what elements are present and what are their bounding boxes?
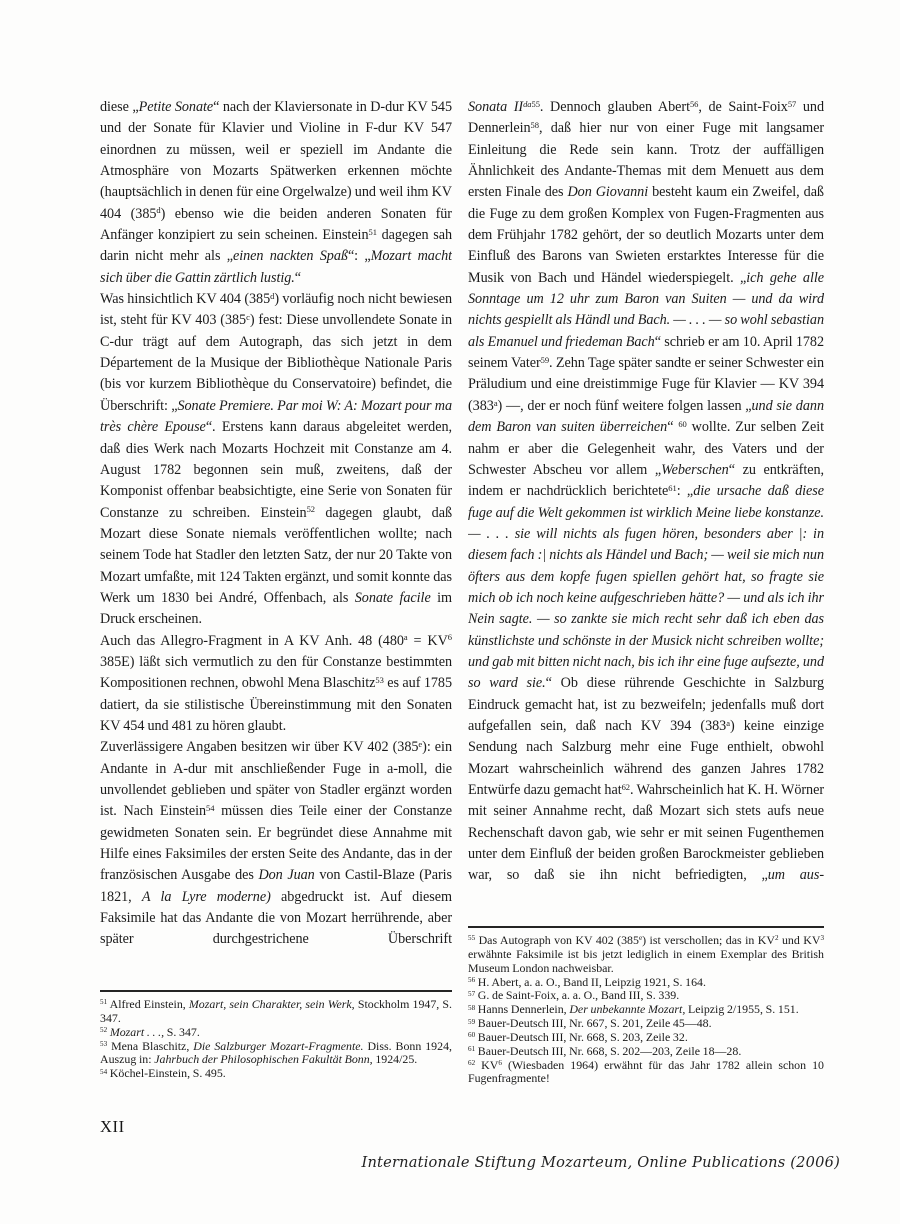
text-run: Bauer-Deutsch III, Nr. 668, S. 203, Zeil… — [475, 1030, 688, 1044]
superscript-ref: 53 — [375, 675, 383, 685]
text-run: = KV — [408, 633, 448, 649]
italic-text: Sonata II — [468, 99, 523, 115]
superscript-ref: 6 — [448, 632, 452, 642]
text-run: Hanns Dennerlein, — [475, 1002, 569, 1016]
text-run: “ nach der Klaviersonate in D-dur KV 545… — [100, 99, 452, 222]
superscript-ref: 54 — [206, 803, 214, 813]
superscript-ref: 51 — [100, 998, 107, 1006]
superscript-ref: 2 — [775, 934, 779, 942]
footnote: 62 KV6 (Wiesbaden 1964) erwähnt für das … — [468, 1059, 824, 1087]
italic-text: Die Salzburger Mozart-Fragmente. — [193, 1039, 363, 1053]
text-run: KV — [475, 1058, 498, 1072]
text-run: erwähnte Faksimile ist bis jetzt ledigli… — [468, 947, 824, 975]
superscript-ref: 56 — [468, 976, 475, 984]
text-run: Bauer-Deutsch III, Nr. 668, S. 202—203, … — [475, 1044, 741, 1058]
left-column: diese „Petite Sonate“ nach der Klavierso… — [100, 97, 452, 1081]
text-run: Das Autograph von KV 402 (385 — [475, 933, 639, 947]
paragraph: Auch das Allegro-Fragment in A KV Anh. 4… — [100, 631, 452, 738]
superscript-ref: 56 — [690, 99, 698, 109]
superscript-ref: d — [156, 205, 160, 215]
footer-credit: Internationale Stiftung Mozarteum, Onlin… — [361, 1154, 840, 1171]
text-run: Leipzig 2/1955, S. 151. — [685, 1002, 798, 1016]
italic-text: Jahrbuch der Philosophischen Fakultät Bo… — [154, 1052, 372, 1066]
footnote: 52 Mozart . . ., S. 347. — [100, 1026, 452, 1040]
superscript-ref: da — [523, 99, 531, 109]
text-run: Mena Blaschitz, — [107, 1039, 193, 1053]
text-run: . Dennoch glauben Abert — [540, 99, 690, 115]
footnote: 51 Alfred Einstein, Mozart, sein Charakt… — [100, 998, 452, 1026]
text-run: ) —, der er noch fünf weitere folgen las… — [498, 398, 752, 414]
right-column: Sonata IIda55. Dennoch glauben Abert56, … — [468, 97, 824, 1086]
footnote: 60 Bauer-Deutsch III, Nr. 668, S. 203, Z… — [468, 1031, 824, 1045]
text-run: (Wiesbaden 1964) erwähnt für das Jahr 17… — [468, 1058, 824, 1086]
paragraph: Was hinsichtlich KV 404 (385d) vorläufig… — [100, 289, 452, 631]
text-run: Was hinsichtlich KV 404 (385 — [100, 291, 270, 307]
footnote: 53 Mena Blaschitz, Die Salzburger Mozart… — [100, 1040, 452, 1068]
text-run: ) ist verschollen; das in KV — [642, 933, 775, 947]
footnote: 58 Hanns Dennerlein, Der unbekannte Moza… — [468, 1003, 824, 1017]
right-column-footnotes: 55 Das Autograph von KV 402 (385e) ist v… — [468, 934, 824, 1086]
superscript-ref: 52 — [307, 504, 315, 514]
italic-text: Weberschen — [661, 462, 729, 478]
italic-text: Mozart . . ., — [110, 1025, 164, 1039]
superscript-ref: 55 — [532, 99, 540, 109]
italic-text: Sonate facile — [355, 590, 431, 606]
footnote-separator — [100, 990, 452, 992]
footnote: 59 Bauer-Deutsch III, Nr. 667, S. 201, Z… — [468, 1017, 824, 1031]
italic-text: Petite Sonate — [139, 99, 214, 115]
text-run: Zuverlässigere Angaben besitzen wir über… — [100, 739, 418, 755]
italic-text: A la Lyre moderne) — [142, 889, 271, 905]
superscript-ref: 59 — [468, 1018, 475, 1026]
superscript-ref: 60 — [678, 419, 686, 429]
text-run: “ — [667, 419, 678, 435]
superscript-ref: 62 — [622, 782, 630, 792]
text-run: Auch das Allegro-Fragment in A KV Anh. 4… — [100, 633, 404, 649]
footnote: 55 Das Autograph von KV 402 (385e) ist v… — [468, 934, 824, 976]
footnote: 56 H. Abert, a. a. O., Band II, Leipzig … — [468, 976, 824, 990]
italic-text: Don Juan — [258, 867, 314, 883]
footnote: 61 Bauer-Deutsch III, Nr. 668, S. 202—20… — [468, 1045, 824, 1059]
superscript-ref: 59 — [541, 355, 549, 365]
paragraph: diese „Petite Sonate“ nach der Klavierso… — [100, 97, 452, 289]
superscript-ref: 62 — [468, 1059, 475, 1067]
text-run: , de Saint-Foix — [698, 99, 787, 115]
text-run: 1924/25. — [373, 1052, 418, 1066]
text-run: G. de Saint-Foix, a. a. O., Band III, S.… — [475, 988, 679, 1002]
italic-text: um aus- — [768, 867, 824, 883]
superscript-ref: 60 — [468, 1031, 475, 1039]
superscript-ref: e — [418, 739, 422, 749]
italic-text: Der unbekannte Mozart, — [569, 1002, 685, 1016]
superscript-ref: 61 — [468, 1045, 475, 1053]
superscript-ref: 58 — [468, 1004, 475, 1012]
page-number: XII — [100, 1117, 125, 1137]
superscript-ref: c — [246, 312, 250, 322]
text-run: Bauer-Deutsch III, Nr. 667, S. 201, Zeil… — [475, 1016, 711, 1030]
scanned-book-page: diese „Petite Sonate“ nach der Klavierso… — [0, 0, 900, 1224]
text-run: “: „ — [348, 248, 371, 264]
italic-text: Mozart, sein Charakter, sein Werk, — [189, 997, 355, 1011]
superscript-ref: 54 — [100, 1068, 107, 1076]
superscript-ref: a — [404, 632, 408, 642]
superscript-ref: a — [726, 718, 730, 728]
superscript-ref: 52 — [100, 1026, 107, 1034]
footnote: 54 Köchel-Einstein, S. 495. — [100, 1067, 452, 1081]
superscript-ref: 53 — [100, 1040, 107, 1048]
text-run: und KV — [779, 933, 821, 947]
left-column-text: diese „Petite Sonate“ nach der Klavierso… — [100, 97, 452, 985]
superscript-ref: d — [270, 291, 274, 301]
right-column-text: Sonata IIda55. Dennoch glauben Abert56, … — [468, 97, 824, 921]
text-run: S. 347. — [164, 1025, 200, 1039]
superscript-ref: 57 — [788, 99, 796, 109]
superscript-ref: 58 — [531, 120, 539, 130]
left-column-footnotes: 51 Alfred Einstein, Mozart, sein Charakt… — [100, 998, 452, 1081]
superscript-ref: 3 — [820, 934, 824, 942]
superscript-ref: 57 — [468, 990, 475, 998]
italic-text: einen nackten Spaß — [233, 248, 348, 264]
text-run: Alfred Einstein, — [107, 997, 189, 1011]
footnote: 57 G. de Saint-Foix, a. a. O., Band III,… — [468, 989, 824, 1003]
italic-text: die ursache daß diese fuge auf die Welt … — [468, 483, 824, 691]
paragraph: Sonata IIda55. Dennoch glauben Abert56, … — [468, 97, 824, 887]
text-run: H. Abert, a. a. O., Band II, Leipzig 192… — [475, 975, 706, 989]
paragraph: Zuverlässigere Angaben besitzen wir über… — [100, 737, 452, 950]
superscript-ref: 6 — [498, 1059, 502, 1067]
superscript-ref: 55 — [468, 934, 475, 942]
italic-text: Don Giovanni — [567, 184, 648, 200]
text-run: : „ — [677, 483, 693, 499]
text-run: “ — [295, 270, 301, 286]
superscript-ref: e — [639, 934, 642, 942]
superscript-ref: a — [494, 398, 498, 408]
text-run: Köchel-Einstein, S. 495. — [107, 1066, 226, 1080]
text-run: diese „ — [100, 99, 139, 115]
superscript-ref: 51 — [369, 227, 377, 237]
footnote-separator — [468, 926, 824, 928]
superscript-ref: 61 — [668, 483, 676, 493]
